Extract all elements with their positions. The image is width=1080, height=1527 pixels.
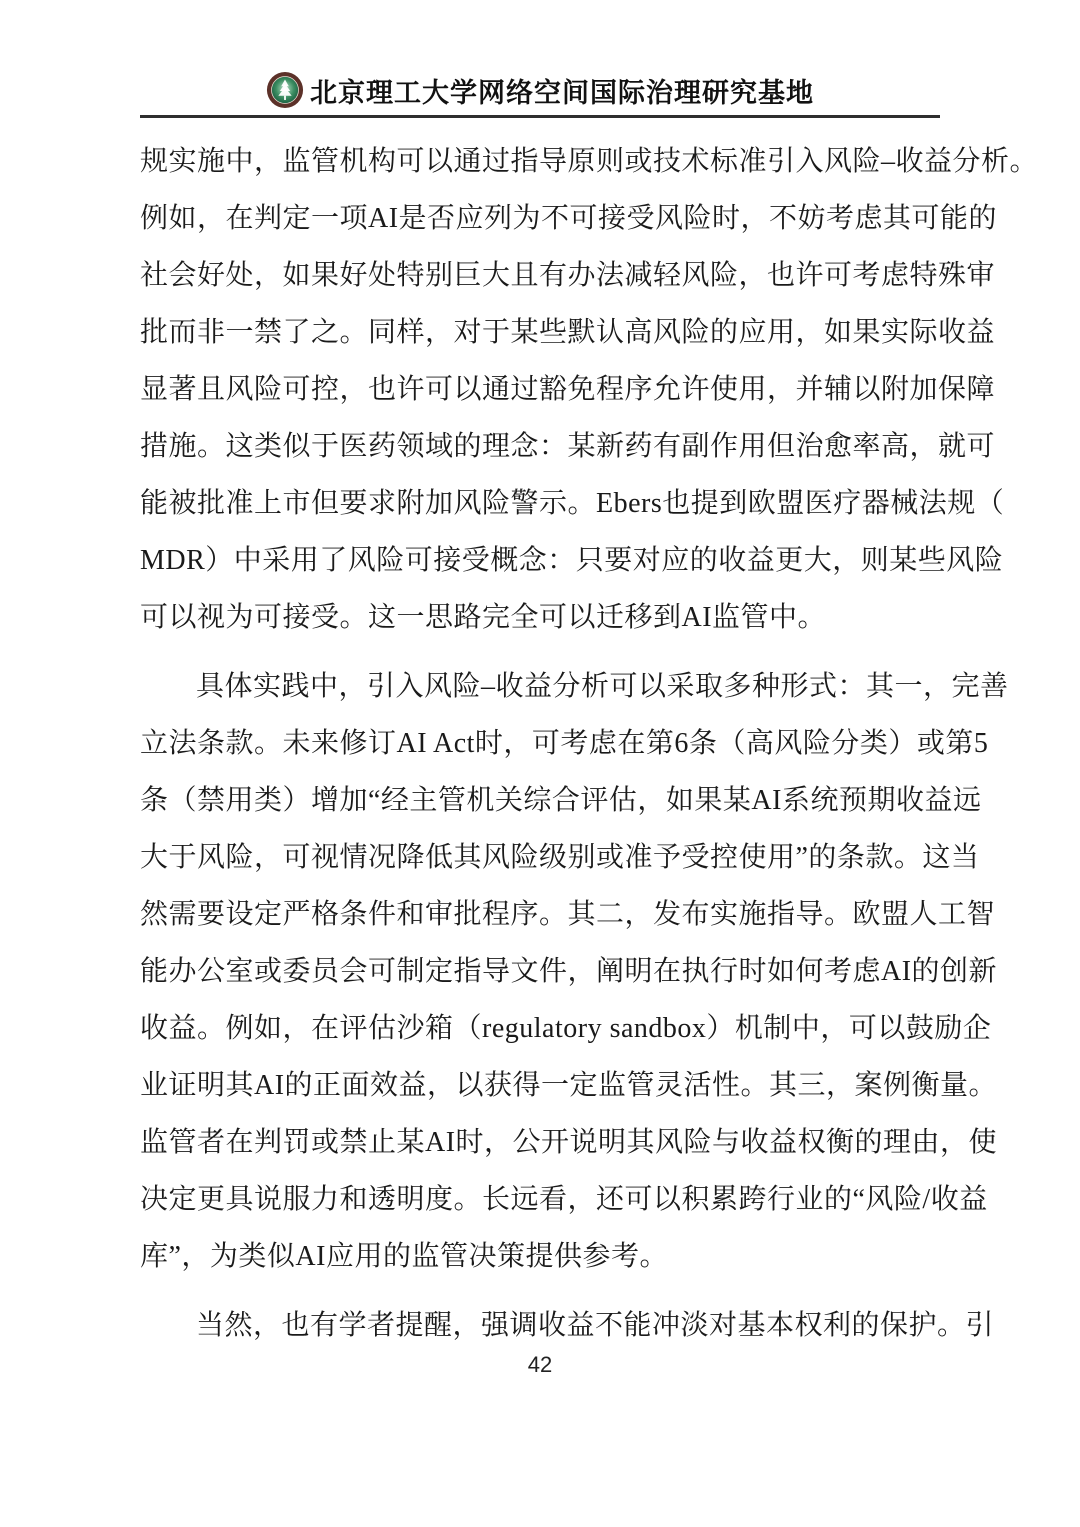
- text-line: 监管者在判罚或禁止某AI时，公开说明其风险与收益权衡的理由，使: [140, 1114, 940, 1171]
- text-line: 具体实践中，引入风险–收益分析可以采取多种形式：其一，完善: [140, 658, 940, 715]
- text-line: 显著且风险可控，也许可以通过豁免程序允许使用，并辅以附加保障: [140, 361, 940, 418]
- document-page: 北京理工大学网络空间国际治理研究基地 规实施中，监管机构可以通过指导原则或技术标…: [0, 0, 1080, 1527]
- text-line: MDR）中采用了风险可接受概念：只要对应的收益更大，则某些风险: [140, 532, 940, 589]
- university-emblem-icon: [266, 71, 304, 109]
- text-line: 当然，也有学者提醒，强调收益不能冲淡对基本权利的保护。引: [140, 1297, 940, 1354]
- text-line: 条（禁用类）增加“经主管机关综合评估，如果某AI系统预期收益远: [140, 772, 940, 829]
- text-line: 决定更具说服力和透明度。长远看，还可以积累跨行业的“风险/收益: [140, 1171, 940, 1228]
- text-line: 库”，为类似AI应用的监管决策提供参考。: [140, 1228, 940, 1285]
- document-body: 规实施中，监管机构可以通过指导原则或技术标准引入风险–收益分析。例如，在判定一项…: [140, 133, 940, 1366]
- text-line: 能办公室或委员会可制定指导文件，阐明在执行时如何考虑AI的创新: [140, 943, 940, 1000]
- text-line: 规实施中，监管机构可以通过指导原则或技术标准引入风险–收益分析。: [140, 133, 940, 190]
- text-line: 业证明其AI的正面效益，以获得一定监管灵活性。其三，案例衡量。: [140, 1057, 940, 1114]
- text-line: 大于风险，可视情况降低其风险级别或准予受控使用”的条款。这当: [140, 829, 940, 886]
- text-line: 社会好处，如果好处特别巨大且有办法减轻风险，也许可考虑特殊审: [140, 247, 940, 304]
- text-line: 可以视为可接受。这一思路完全可以迁移到AI监管中。: [140, 589, 940, 646]
- document-footer: 42: [0, 1352, 1080, 1378]
- page-number: 42: [528, 1352, 552, 1377]
- paragraph: 规实施中，监管机构可以通过指导原则或技术标准引入风险–收益分析。例如，在判定一项…: [140, 133, 940, 646]
- text-line: 能被批准上市但要求附加风险警示。Ebers也提到欧盟医疗器械法规（: [140, 475, 940, 532]
- paragraph: 具体实践中，引入风险–收益分析可以采取多种形式：其一，完善立法条款。未来修订AI…: [140, 658, 940, 1285]
- header-title: 北京理工大学网络空间国际治理研究基地: [310, 71, 814, 110]
- header-divider: [140, 115, 940, 118]
- text-line: 例如，在判定一项AI是否应列为不可接受风险时，不妨考虑其可能的: [140, 190, 940, 247]
- paragraph: 当然，也有学者提醒，强调收益不能冲淡对基本权利的保护。引: [140, 1297, 940, 1354]
- header-brand: 北京理工大学网络空间国际治理研究基地: [140, 70, 940, 110]
- document-header: 北京理工大学网络空间国际治理研究基地: [140, 0, 940, 118]
- text-line: 措施。这类似于医药领域的理念：某新药有副作用但治愈率高，就可: [140, 418, 940, 475]
- text-line: 然需要设定严格条件和审批程序。其二，发布实施指导。欧盟人工智: [140, 886, 940, 943]
- text-line: 立法条款。未来修订AI Act时，可考虑在第6条（高风险分类）或第5: [140, 715, 940, 772]
- text-line: 收益。例如，在评估沙箱（regulatory sandbox）机制中，可以鼓励企: [140, 1000, 940, 1057]
- text-line: 批而非一禁了之。同样，对于某些默认高风险的应用，如果实际收益: [140, 304, 940, 361]
